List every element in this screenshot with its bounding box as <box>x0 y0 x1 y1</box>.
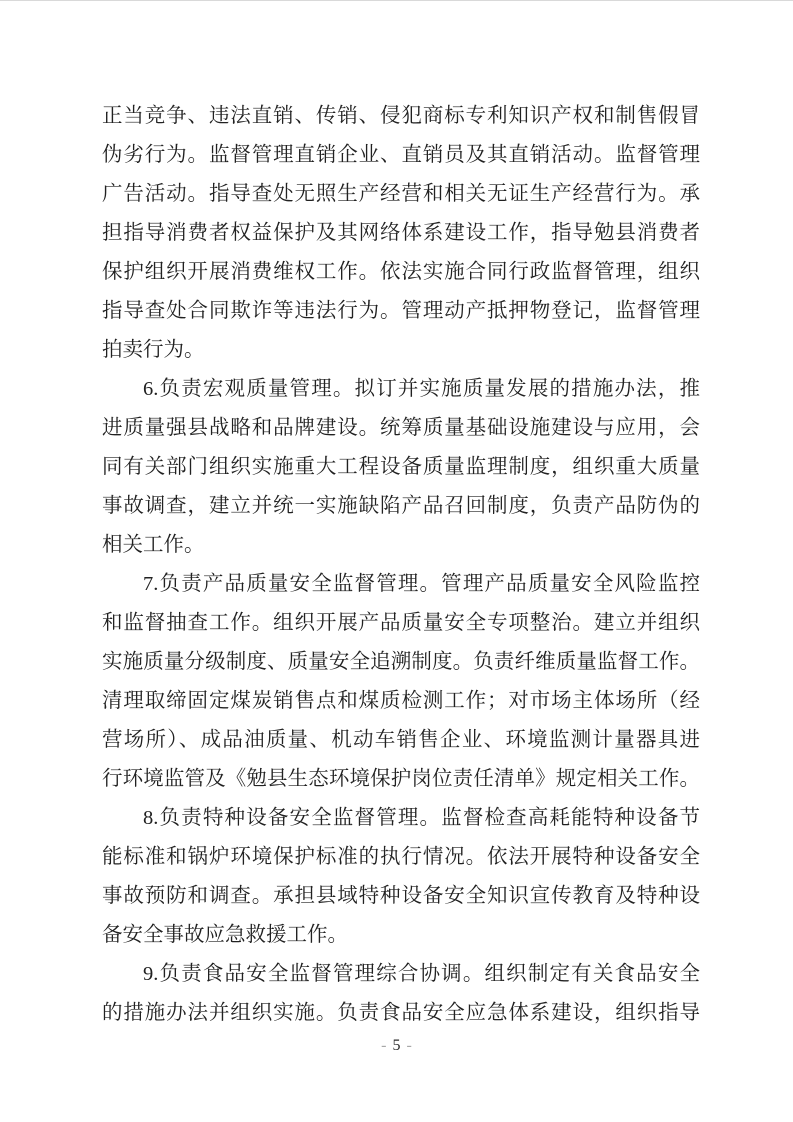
text-line: 正当竞争、违法直销、传销、侵犯商标专利知识产权和制售假冒 <box>102 97 700 136</box>
footer-dash-right: - <box>401 1037 418 1054</box>
text-line: 6.负责宏观质量管理。拟订并实施质量发展的措施办法，推 <box>102 370 700 409</box>
text-line: 备安全事故应急救援工作。 <box>102 916 700 955</box>
text-line: 进质量强县战略和品牌建设。统筹质量基础设施建设与应用，会 <box>102 409 700 448</box>
text-line: 实施质量分级制度、质量安全追溯制度。负责纤维质量监督工作。 <box>102 643 700 682</box>
text-line: 保护组织开展消费维权工作。依法实施合同行政监督管理，组织 <box>102 253 700 292</box>
text-line: 担指导消费者权益保护及其网络体系建设工作，指导勉县消费者 <box>102 214 700 253</box>
text-line: 7.负责产品质量安全监督管理。管理产品质量安全风险监控 <box>102 565 700 604</box>
paragraph-9: 9.负责食品安全监督管理综合协调。组织制定有关食品安全 的措施办法并组织实施。负… <box>102 955 700 1033</box>
text-line: 广告活动。指导查处无照生产经营和相关无证生产经营行为。承 <box>102 175 700 214</box>
text-line: 9.负责食品安全监督管理综合协调。组织制定有关食品安全 <box>102 955 700 994</box>
page-number: 5 <box>393 1037 401 1054</box>
footer-dash-left: - <box>375 1037 392 1054</box>
text-line: 同有关部门组织实施重大工程设备质量监理制度，组织重大质量 <box>102 448 700 487</box>
paragraph-6: 6.负责宏观质量管理。拟订并实施质量发展的措施办法，推 进质量强县战略和品牌建设… <box>102 370 700 565</box>
text-line: 营场所）、成品油质量、机动车销售企业、环境监测计量器具进 <box>102 721 700 760</box>
page-footer: -5- <box>0 1036 793 1056</box>
text-line: 伪劣行为。监督管理直销企业、直销员及其直销活动。监督管理 <box>102 136 700 175</box>
text-line: 清理取缔固定煤炭销售点和煤质检测工作；对市场主体场所（经 <box>102 682 700 721</box>
text-line: 行环境监管及《勉县生态环境保护岗位责任清单》规定相关工作。 <box>102 760 700 799</box>
document-body: 正当竞争、违法直销、传销、侵犯商标专利知识产权和制售假冒 伪劣行为。监督管理直销… <box>102 97 700 1033</box>
text-line: 能标准和锅炉环境保护标准的执行情况。依法开展特种设备安全 <box>102 838 700 877</box>
text-line: 相关工作。 <box>102 526 700 565</box>
text-line: 指导查处合同欺诈等违法行为。管理动产抵押物登记，监督管理 <box>102 292 700 331</box>
text-line: 8.负责特种设备安全监督管理。监督检查高耗能特种设备节 <box>102 799 700 838</box>
text-line: 拍卖行为。 <box>102 331 700 370</box>
paragraph-7: 7.负责产品质量安全监督管理。管理产品质量安全风险监控 和监督抽查工作。组织开展… <box>102 565 700 799</box>
paragraph-5-continued: 正当竞争、违法直销、传销、侵犯商标专利知识产权和制售假冒 伪劣行为。监督管理直销… <box>102 97 700 370</box>
page-top-edge <box>0 0 793 1</box>
text-line: 的措施办法并组织实施。负责食品安全应急体系建设，组织指导 <box>102 994 700 1033</box>
text-line: 事故调查，建立并统一实施缺陷产品召回制度，负责产品防伪的 <box>102 487 700 526</box>
text-line: 和监督抽查工作。组织开展产品质量安全专项整治。建立并组织 <box>102 604 700 643</box>
paragraph-8: 8.负责特种设备安全监督管理。监督检查高耗能特种设备节 能标准和锅炉环境保护标准… <box>102 799 700 955</box>
text-line: 事故预防和调查。承担县域特种设备安全知识宣传教育及特种设 <box>102 877 700 916</box>
